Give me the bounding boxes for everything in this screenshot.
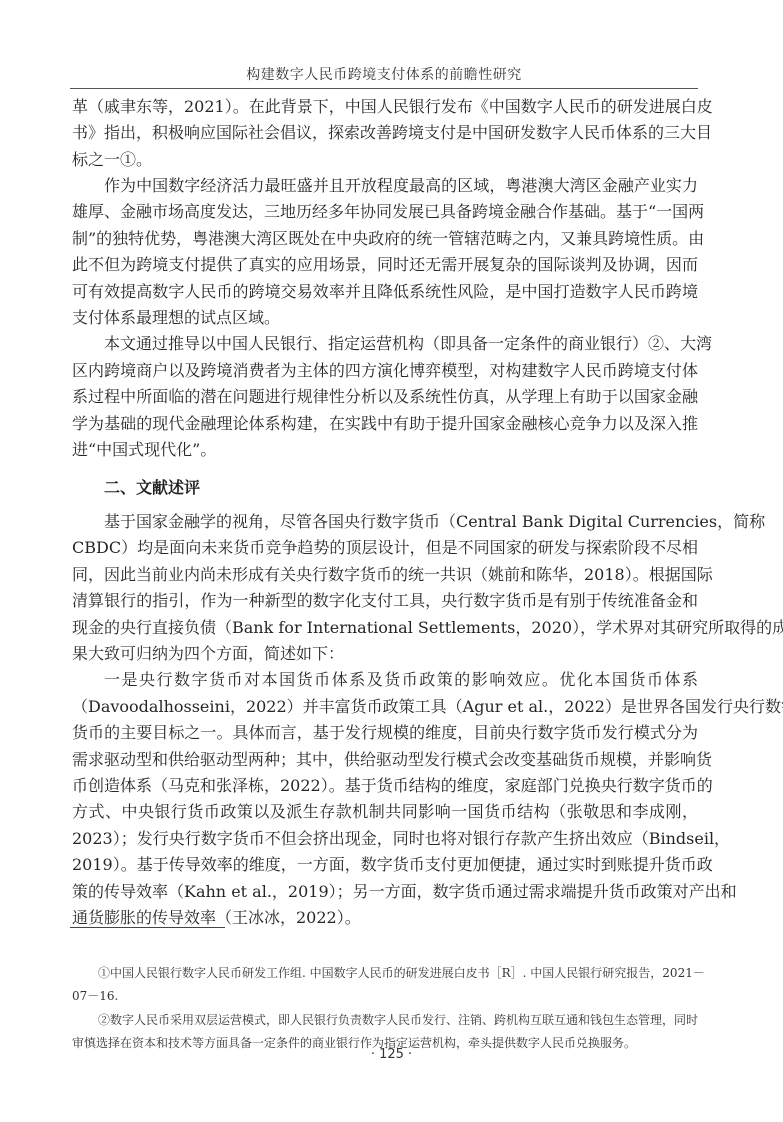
text-line: 本文通过推导以中国人民银行、指定运营机构（即具备一定条件的商业银行）②、大湾	[104, 334, 698, 354]
text-line: 通货膨胀的传导效率（王冰冰，2022）。	[72, 908, 698, 928]
text-line: 需求驱动型和供给驱动型两种；其中，供给驱动型发行模式会改变基础货币规模，并影响货	[72, 750, 698, 770]
text-line: 果大致可归纳为四个方面，简述如下：	[72, 644, 698, 664]
text-line: 革（戚聿东等，2021）。在此背景下，中国人民银行发布《中国数字人民币的研发进展…	[72, 97, 698, 117]
text-line: 币创造体系（马克和张泽栋，2022）。基于货币结构的维度，家庭部门兑换央行数字货…	[72, 776, 698, 796]
text-line: 策的传导效率（Kahn et al.，2019）；另一方面，数字货币通过需求端提…	[72, 882, 698, 902]
text-line: 同，因此当前业内尚未形成有关央行数字货币的统一共识（姚前和陈华，2018）。根据…	[72, 565, 698, 585]
text-line: 制”的独特优势，粤港澳大湾区既处在中央政府的统一管辖范畴之内，又兼具跨境性质。由	[72, 229, 698, 249]
text-line: 基于国家金融学的视角，尽管各国央行数字货币（Central Bank Digit…	[104, 512, 698, 532]
text-line: 标之一①。	[72, 150, 698, 170]
text-line: 系过程中所面临的潜在问题进行规律性分析以及系统性仿真，从学理上有助于以国家金融	[72, 387, 698, 407]
header-rule	[70, 88, 698, 89]
text-line: 2019）。基于传导效率的维度，一方面，数字货币支付更加便捷，通过实时到账提升货…	[72, 855, 698, 875]
text-line: 作为中国数字经济活力最旺盛并且开放程度最高的区域，粤港澳大湾区金融产业实力	[104, 176, 698, 196]
section-heading: 二、文献述评	[104, 475, 200, 498]
text-line: 可有效提高数字人民币的跨境交易效率并且降低系统性风险，是中国打造数字人民币跨境	[72, 282, 698, 302]
text-line: 一是央行数字货币对本国货币体系及货币政策的影响效应。优化本国货币体系	[104, 670, 698, 690]
footnote-rule	[70, 927, 225, 928]
footnote-line: 07－16.	[72, 988, 698, 1004]
text-line: 学为基础的现代金融理论体系构建，在实践中有助于提升国家金融核心竞争力以及深入推	[72, 414, 698, 434]
page-number: · 125 ·	[0, 1047, 783, 1062]
text-line: 区内跨境商户以及跨境消费者为主体的四方演化博弈模型，对构建数字人民币跨境支付体	[72, 361, 698, 381]
text-line: 书》指出，积极响应国际社会倡议，探索改善跨境支付是中国研发数字人民币体系的三大目	[72, 123, 698, 143]
text-line: （Davoodalhosseini，2022）并丰富货币政策工具（Agur et…	[72, 697, 698, 717]
text-line: 进“中国式现代化”。	[72, 440, 698, 460]
footnote-line: ①中国人民银行数字人民币研发工作组. 中国数字人民币的研发进展白皮书［R］. 中…	[98, 965, 698, 981]
text-line: 方式、中央银行货币政策以及派生存款机制共同影响一国货币结构（张敬思和李成刚，	[72, 802, 698, 822]
text-line: 此不但为跨境支付提供了真实的应用场景，同时还无需开展复杂的国际谈判及协调，因而	[72, 255, 698, 275]
text-line: 清算银行的指引，作为一种新型的数字化支付工具，央行数字货币是有别于传统准备金和	[72, 591, 698, 611]
text-line: 现金的央行直接负债（Bank for International Settlem…	[72, 618, 698, 638]
text-line: 货币的主要目标之一。具体而言，基于发行规模的维度，目前央行数字货币发行模式分为	[72, 723, 698, 743]
text-line: 2023）；发行央行数字货币不但会挤出现金，同时也将对银行存款产生挤出效应（Bi…	[72, 829, 698, 849]
text-line: 雄厚、金融市场高度发达，三地历经多年协同发展已具备跨境金融合作基础。基于“一国两	[72, 202, 698, 222]
text-line: 支付体系最理想的试点区域。	[72, 308, 698, 328]
footnote-line: ②数字人民币采用双层运营模式，即人民银行负责数字人民币发行、注销、跨机构互联互通…	[98, 1012, 698, 1028]
text-line: CBDC）均是面向未来货币竞争趋势的顶层设计，但是不同国家的研发与探索阶段不尽相	[72, 538, 698, 558]
running-head: 构建数字人民币跨境支付体系的前瞻性研究	[70, 64, 698, 84]
